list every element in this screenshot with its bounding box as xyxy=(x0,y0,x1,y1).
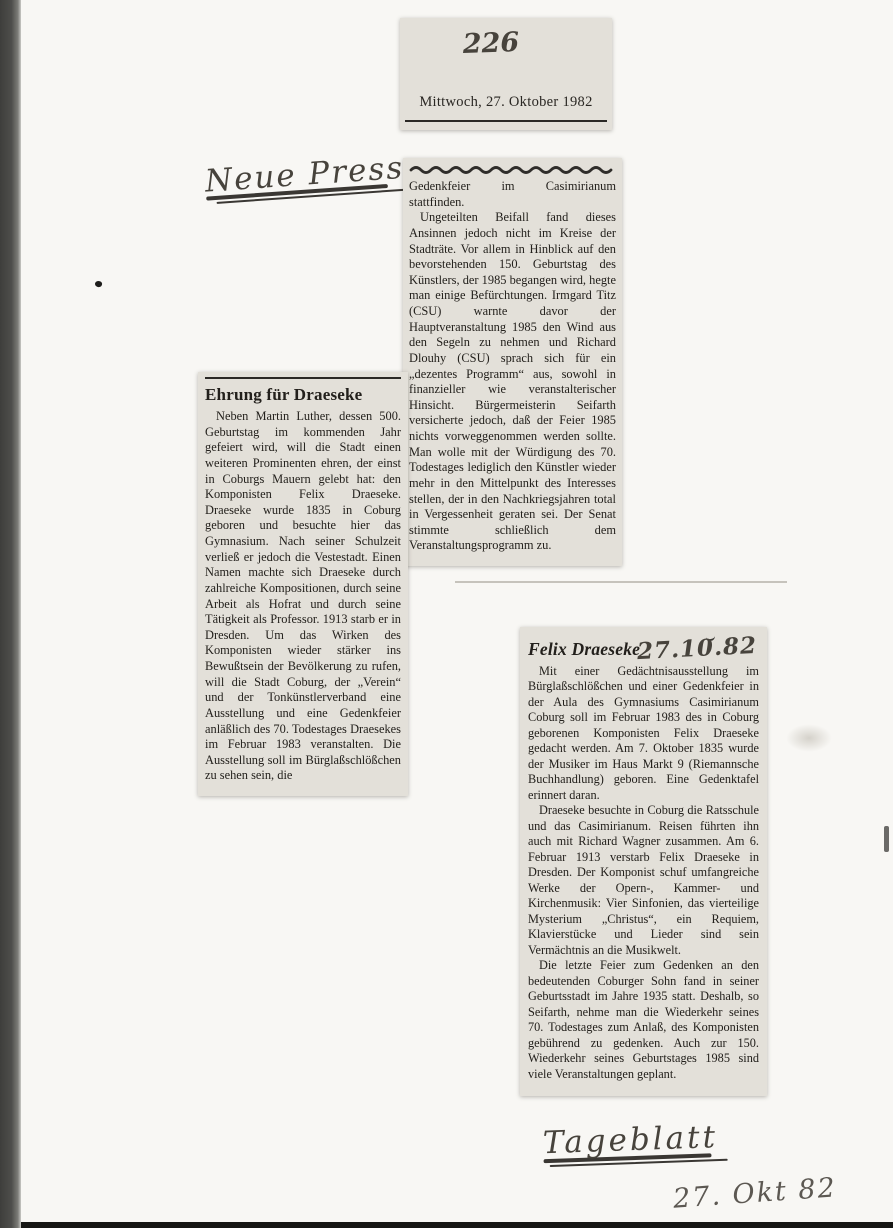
ehrung-top-rule xyxy=(205,377,401,379)
handwritten-source-tageblatt: Tageblatt xyxy=(542,1119,727,1167)
council-article-clipping: Gedenkfeier im Casimirianum stattfinden.… xyxy=(403,158,622,566)
council-article-text: Gedenkfeier im Casimirianum stattfinden.… xyxy=(409,179,616,554)
scanned-archive-page: 226 Mittwoch, 27. Oktober 1982 Neue Pres… xyxy=(0,0,893,1228)
scan-artifact-right xyxy=(884,826,889,852)
header-clipping: 226 Mittwoch, 27. Oktober 1982 xyxy=(400,18,612,130)
ehrung-article-body: Neben Martin Luther, dessen 500. Geburts… xyxy=(205,409,401,784)
ehrung-headline: Ehrung für Draeseke xyxy=(205,385,401,405)
council-article-body: Ungeteilten Beifall fand dieses Ansinnen… xyxy=(409,210,616,554)
ehrung-article-text: Neben Martin Luther, dessen 500. Geburts… xyxy=(205,409,401,784)
paper-smudge xyxy=(786,724,832,752)
handwritten-source-label: Tageblatt xyxy=(542,1119,727,1161)
header-rule xyxy=(405,120,607,122)
handwritten-page-number: 226 xyxy=(400,25,583,62)
felix-headline: Felix Draeseke xyxy=(528,639,640,660)
felix-article-text: Mit einer Gedächtnisausstellung im Bürgl… xyxy=(528,664,759,1082)
ehrung-article-clipping: Ehrung für Draeseke Neben Martin Luther,… xyxy=(198,372,408,796)
scan-edge-bottom xyxy=(21,1222,893,1228)
ink-dot xyxy=(94,280,103,288)
scan-edge-left xyxy=(0,0,21,1228)
squiggle-mark-icon xyxy=(409,164,615,175)
handwritten-source-neue-presse: Neue Presse xyxy=(204,148,426,204)
backing-sheet-edge xyxy=(455,581,787,583)
handwritten-source-label: Neue Presse xyxy=(204,148,426,199)
felix-paragraph: Die letzte Feier zum Gedenken an den bed… xyxy=(528,958,759,1082)
newspaper-date-line: Mittwoch, 27. Oktober 1982 xyxy=(400,94,612,111)
felix-paragraph: Draeseke besuchte in Coburg die Ratsschu… xyxy=(528,803,759,958)
handwritten-clipping-date: 27.10.82 xyxy=(636,632,757,665)
felix-headline-row: Felix Draeseke 27.10.82 xyxy=(528,637,759,664)
felix-paragraph: Mit einer Gedächtnisausstellung im Bürgl… xyxy=(528,664,759,803)
council-article-lead: Gedenkfeier im Casimirianum stattfinden. xyxy=(409,179,616,210)
handwritten-date-bottom: 27. Okt 82 xyxy=(672,1172,838,1214)
felix-article-clipping: Felix Draeseke 27.10.82 Mit einer Gedäch… xyxy=(520,627,767,1096)
